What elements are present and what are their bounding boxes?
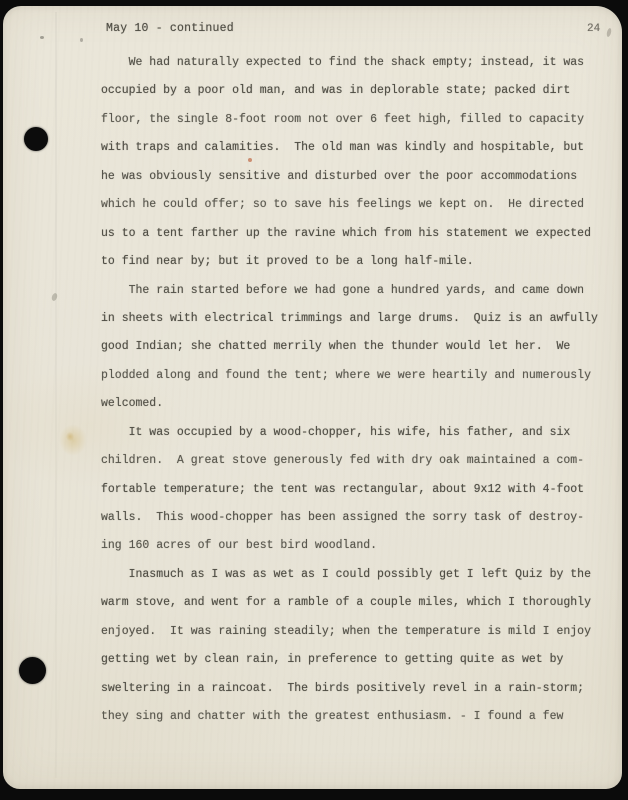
typed-line: floor, the single 8-foot room not over 6… bbox=[101, 106, 625, 134]
hole-punch-bottom bbox=[19, 657, 46, 684]
typed-line: walls. This wood-chopper has been assign… bbox=[101, 504, 625, 532]
typed-line: fortable temperature; the tent was recta… bbox=[101, 476, 625, 504]
typed-line: sweltering in a raincoat. The birds posi… bbox=[101, 675, 625, 703]
typed-line: The rain started before we had gone a hu… bbox=[101, 277, 625, 305]
typed-line: warm stove, and went for a ramble of a c… bbox=[101, 589, 625, 617]
age-stain bbox=[59, 424, 87, 456]
typed-line: welcomed. bbox=[101, 390, 625, 418]
typed-line: they sing and chatter with the greatest … bbox=[101, 703, 625, 731]
typed-line: plodded along and found the tent; where … bbox=[101, 362, 625, 390]
typed-line: to find near by; but it proved to be a l… bbox=[101, 248, 625, 276]
hole-punch-top bbox=[24, 127, 48, 151]
typed-line: occupied by a poor old man, and was in d… bbox=[101, 77, 625, 105]
page-number: 24 bbox=[587, 23, 600, 35]
pencil-speck bbox=[80, 38, 83, 42]
typed-line: We had naturally expected to find the sh… bbox=[101, 49, 625, 77]
entry-heading: May 10 - continued bbox=[106, 22, 234, 35]
typed-line: Inasmuch as I was as wet as I could poss… bbox=[101, 561, 625, 589]
typed-line: getting wet by clean rain, in preference… bbox=[101, 646, 625, 674]
typed-line: in sheets with electrical trimmings and … bbox=[101, 305, 625, 333]
typed-line: which he could offer; so to save his fee… bbox=[101, 191, 625, 219]
typed-line: he was obviously sensitive and disturbed… bbox=[101, 163, 625, 191]
pencil-speck bbox=[40, 36, 44, 39]
entry-body: We had naturally expected to find the sh… bbox=[101, 49, 625, 732]
typed-line: ing 160 acres of our best bird woodland. bbox=[101, 532, 625, 560]
typed-line: children. A great stove generously fed w… bbox=[101, 447, 625, 475]
age-stain-core bbox=[66, 432, 74, 441]
typed-line: good Indian; she chatted merrily when th… bbox=[101, 333, 625, 361]
scanned-journal-page: May 10 - continued 24 We had naturally e… bbox=[0, 0, 628, 800]
typed-line: It was occupied by a wood-chopper, his w… bbox=[101, 419, 625, 447]
paper-sheet: May 10 - continued 24 We had naturally e… bbox=[3, 6, 622, 789]
paper-crease bbox=[55, 12, 57, 778]
pencil-mark bbox=[606, 28, 612, 38]
typed-line: us to a tent farther up the ravine which… bbox=[101, 220, 625, 248]
typed-line: with traps and calamities. The old man w… bbox=[101, 134, 625, 162]
typed-line: enjoyed. It was raining steadily; when t… bbox=[101, 618, 625, 646]
